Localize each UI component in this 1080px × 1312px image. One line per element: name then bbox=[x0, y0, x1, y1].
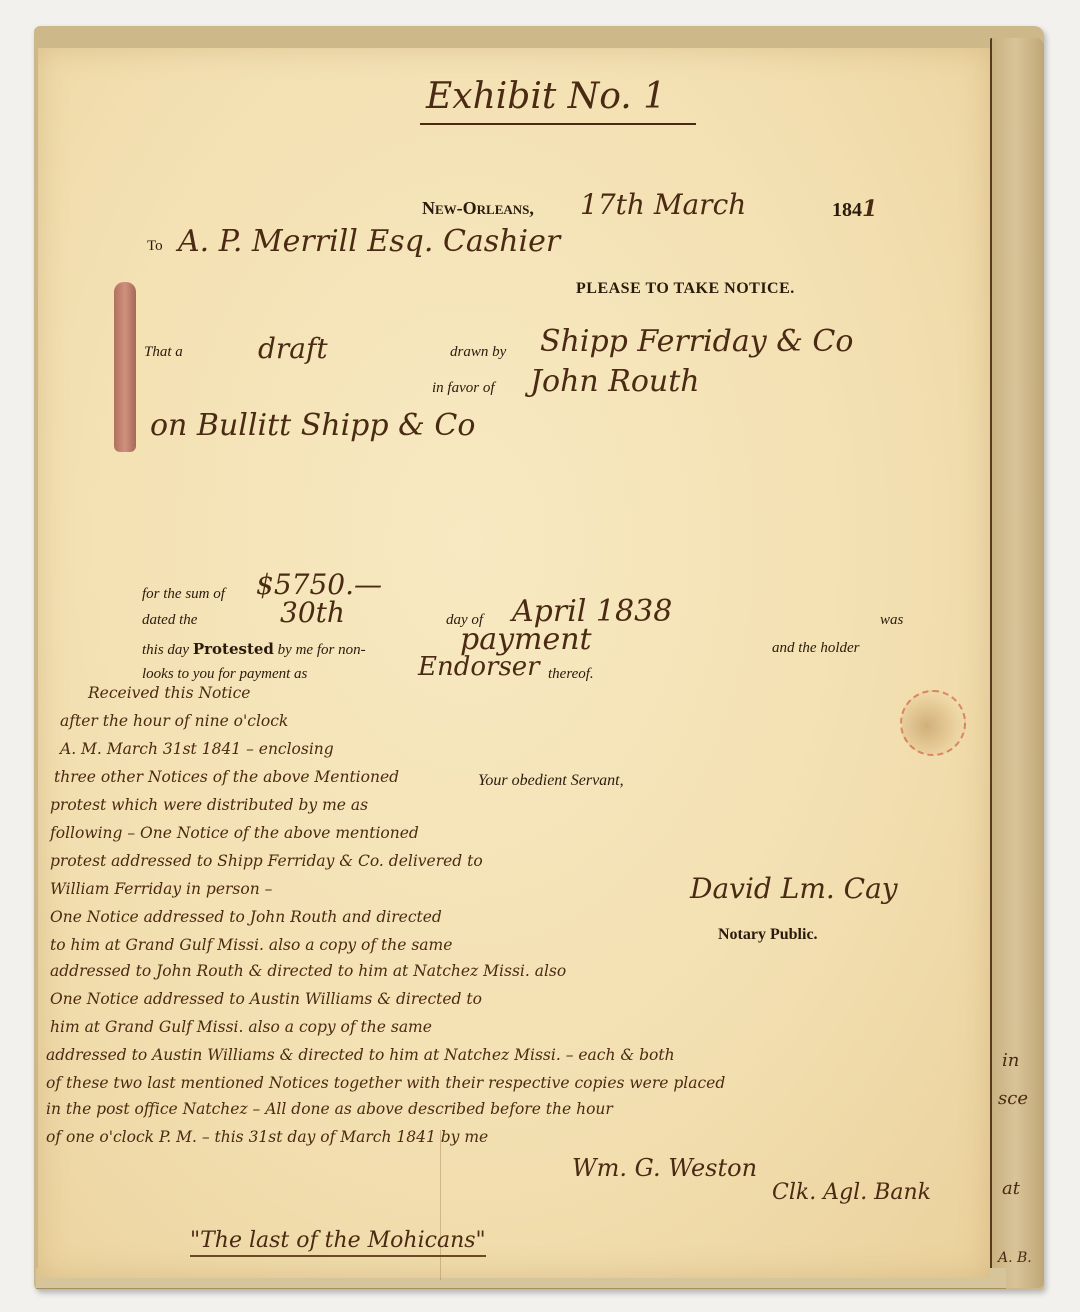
certificate-line: One Notice addressed to Austin Williams … bbox=[50, 990, 482, 1008]
dated-label: dated the bbox=[142, 612, 197, 629]
certificate-line: addressed to John Routh & directed to hi… bbox=[50, 962, 566, 980]
certificate-line: following – One Notice of the above ment… bbox=[50, 824, 419, 842]
instrument-type: draft bbox=[258, 332, 328, 365]
fold-line bbox=[440, 1130, 441, 1280]
certificate-line: of one o'clock P. M. – this 31st day of … bbox=[46, 1128, 488, 1146]
handwritten-date: 17th March bbox=[580, 188, 746, 221]
certificate-line: to him at Grand Gulf Missi. also a copy … bbox=[50, 936, 452, 954]
certificate-line: three other Notices of the above Mention… bbox=[54, 768, 399, 786]
certificate-line: protest addressed to Shipp Ferriday & Co… bbox=[50, 852, 483, 870]
that-a-label: That a bbox=[144, 344, 183, 361]
drawn-by-label: drawn by bbox=[450, 344, 506, 361]
notary-signature: David Lm. Cay bbox=[690, 872, 898, 905]
drawee: on Bullitt Shipp & Co bbox=[150, 408, 475, 443]
drawer: Shipp Ferriday & Co bbox=[540, 324, 853, 359]
printed-year: 1841 bbox=[832, 196, 877, 222]
capacity: Endorser bbox=[418, 652, 540, 682]
printed-place: New-Orleans, bbox=[422, 198, 534, 219]
certificate-line: in the post office Natchez – All done as… bbox=[46, 1100, 613, 1118]
certificate-signature: Wm. G. Weston bbox=[572, 1154, 757, 1182]
flap-fragment: A. B. bbox=[998, 1250, 1032, 1266]
certificate-line: Received this Notice bbox=[88, 684, 250, 702]
holder-label: and the holder bbox=[772, 640, 860, 657]
certificate-line: him at Grand Gulf Missi. also a copy of … bbox=[50, 1018, 432, 1036]
notary-title: Notary Public. bbox=[718, 926, 818, 944]
closing-salutation: Your obedient Servant, bbox=[478, 772, 624, 790]
underlying-sheet-edge: in sce at A. B. bbox=[990, 38, 1044, 1288]
silk-ribbon-tie bbox=[114, 282, 136, 452]
wax-seal-stain bbox=[900, 690, 966, 756]
exhibit-heading: Exhibit No. 1 bbox=[420, 76, 696, 125]
dated-day: 30th bbox=[280, 596, 345, 629]
certificate-line: addressed to Austin Williams & directed … bbox=[46, 1046, 675, 1064]
certificate-line: protest which were distributed by me as bbox=[50, 796, 368, 814]
certificate-line: One Notice addressed to John Routh and d… bbox=[50, 908, 442, 926]
this-day-label: this day Protested by me for non- bbox=[142, 640, 366, 659]
flap-fragment: in bbox=[1002, 1050, 1019, 1071]
sum-label: for the sum of bbox=[142, 586, 225, 603]
was-label: was bbox=[880, 612, 903, 629]
certificate-line: A. M. March 31st 1841 – enclosing bbox=[60, 740, 334, 758]
certificate-title: Clk. Agl. Bank bbox=[772, 1180, 931, 1205]
looks-label: looks to you for payment as bbox=[142, 666, 307, 683]
thereof-label: thereof. bbox=[548, 666, 594, 683]
payee: John Routh bbox=[530, 364, 700, 399]
flap-fragment: at bbox=[1002, 1178, 1020, 1199]
flap-fragment: sce bbox=[998, 1088, 1028, 1109]
notice-title: PLEASE TO TAKE NOTICE. bbox=[576, 280, 795, 298]
to-label: To bbox=[147, 238, 163, 255]
addressee: A. P. Merrill Esq. Cashier bbox=[178, 224, 560, 259]
in-favor-of-label: in favor of bbox=[432, 380, 495, 397]
certificate-line: William Ferriday in person – bbox=[50, 880, 272, 898]
footer-note: "The last of the Mohicans" bbox=[190, 1228, 486, 1257]
protested-label: Protested bbox=[193, 640, 274, 658]
certificate-line: after the hour of nine o'clock bbox=[60, 712, 288, 730]
certificate-line: of these two last mentioned Notices toge… bbox=[46, 1074, 725, 1092]
